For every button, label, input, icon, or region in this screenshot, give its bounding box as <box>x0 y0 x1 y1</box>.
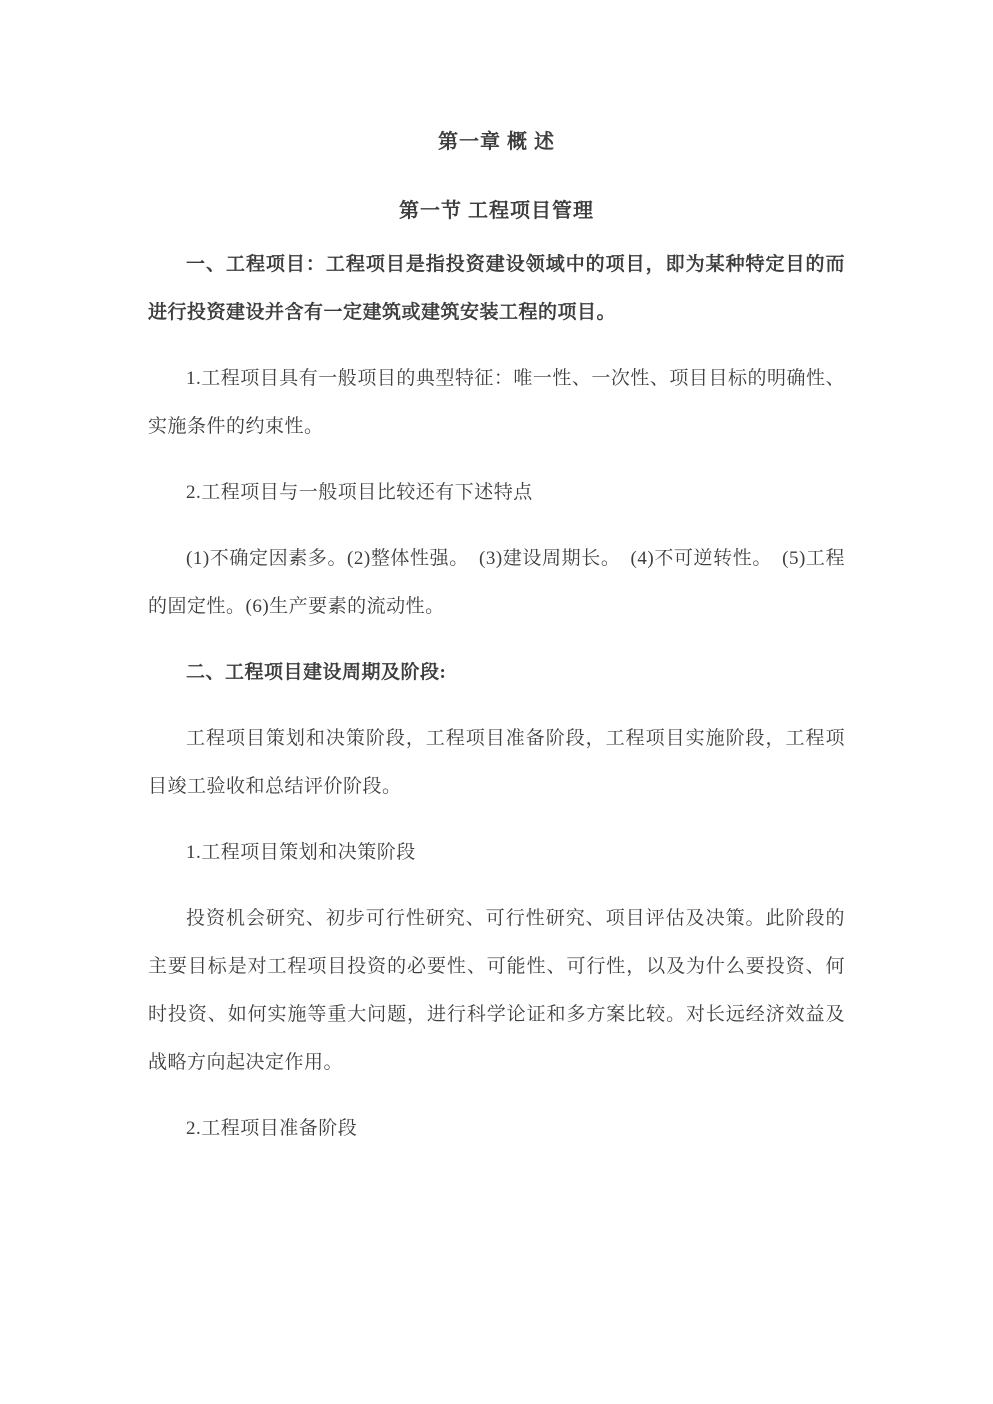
paragraph-cycle-stages: 工程项目策划和决策阶段，工程项目准备阶段，工程项目实施阶段，工程项目竣工验收和总… <box>148 715 845 811</box>
paragraph-comparison-intro: 2.工程项目与一般项目比较还有下述特点 <box>148 469 845 517</box>
paragraph-stage2-heading: 2.工程项目准备阶段 <box>148 1105 845 1153</box>
document-page: 第一章 概 述 第一节 工程项目管理 一、工程项目：工程项目是指投资建设领域中的… <box>0 0 993 1404</box>
paragraph-feature-list: (1)不确定因素多。(2)整体性强。 (3)建设周期长。 (4)不可逆转性。 (… <box>148 535 845 631</box>
paragraph-stage1-heading: 1.工程项目策划和决策阶段 <box>148 829 845 877</box>
paragraph-stage1-detail: 投资机会研究、初步可行性研究、可行性研究、项目评估及决策。此阶段的主要目标是对工… <box>148 895 845 1087</box>
chapter-title: 第一章 概 述 <box>148 130 845 154</box>
section-title: 第一节 工程项目管理 <box>148 199 845 223</box>
paragraph-cycle-heading: 二、工程项目建设周期及阶段: <box>148 649 845 697</box>
paragraph-project-definition: 一、工程项目：工程项目是指投资建设领域中的项目，即为某种特定目的而进行投资建设并… <box>148 241 845 337</box>
paragraph-typical-features: 1.工程项目具有一般项目的典型特征：唯一性、一次性、项目目标的明确性、实施条件的… <box>148 355 845 451</box>
